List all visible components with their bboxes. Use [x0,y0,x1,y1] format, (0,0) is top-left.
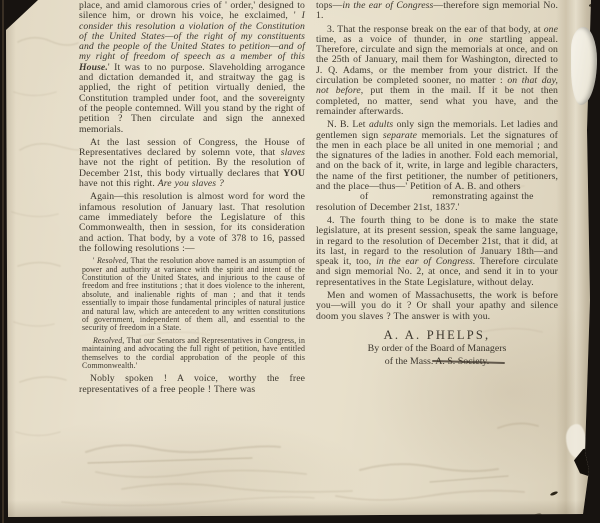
paragraph: Again—this resolution is almost word for… [79,192,305,254]
text-run: have not this right. [79,178,158,189]
bottom-edge-shading [0,500,600,520]
signature-block: A. A. PHELPS, By order of the Board of M… [316,328,558,369]
text-run: resolution of December 21st, 1837.' [316,202,460,213]
scanned-document-page: place, and amid clamorous cries of ' ord… [0,0,600,523]
paragraph: At the last session of Congress, the Hou… [79,138,305,189]
text-run: have not the right of petition. By the r… [79,157,305,178]
paragraph: Men and women of Massachusetts, the work… [316,291,558,322]
signature-by-order: By order of the Board of Managers [316,343,558,356]
text-run: memorials. Let the signatures of the men… [316,130,558,192]
left-column-paragraphs: place, and amid clamorous cries of ' ord… [79,1,305,395]
dirt-speck [589,4,594,7]
right-column-paragraphs: tops—in the ear of Congress—therefore si… [316,1,558,322]
text-run: in the ear of Congress [342,0,433,11]
signature-society-line: of the Mass. A. S. Society. [316,356,558,369]
text-run: Are you slaves ? [158,178,224,189]
signature-society-struck-pen-mark: A. S. Society. [435,356,489,367]
text-run: Again—this resolution is almost word for… [79,191,305,253]
paragraph: Resolved, That our Senators and Represen… [82,337,305,371]
text-run: YOU [283,168,305,179]
text-run: ' It was to no purpose. Slaveholding arr… [79,62,305,135]
paragraph: tops—in the ear of Congress—therefore si… [316,1,558,22]
blank-fill-in-space [368,192,432,193]
signature-society-pre: of the Mass. [385,356,435,367]
paper-sheet: place, and amid clamorous cries of ' ord… [0,0,600,523]
paragraph: N. B. Let adults only sign the memorials… [316,120,558,213]
torn-corner-chip [571,27,597,105]
signature-name: A. A. PHELPS, [316,328,558,343]
printed-text-area: place, and amid clamorous cries of ' ord… [79,1,558,398]
text-run: That the resolution above named is an as… [82,256,305,332]
paragraph: place, and amid clamorous cries of ' ord… [79,1,305,135]
right-column: tops—in the ear of Congress—therefore si… [316,1,558,398]
text-run: place, and amid clamorous cries of ' ord… [79,0,305,21]
left-column: place, and amid clamorous cries of ' ord… [79,1,305,398]
blank-fill-in-space [316,192,360,193]
text-run: Nobly spoken ! A voice, worthy the free … [79,373,305,394]
text-run: At the last session of Congress, the Hou… [79,137,305,158]
paragraph: ' Resolved, That the resolution above na… [82,257,305,333]
paragraph: 4. The fourth thing to be done is to mak… [316,216,558,288]
text-run: Men and women of Massachusetts, the work… [316,290,558,322]
scanner-bed-edge [2,0,4,523]
paragraph: Nobly spoken ! A voice, worthy the free … [79,374,305,395]
paragraph: 3. That the response break on the ear of… [316,25,558,118]
